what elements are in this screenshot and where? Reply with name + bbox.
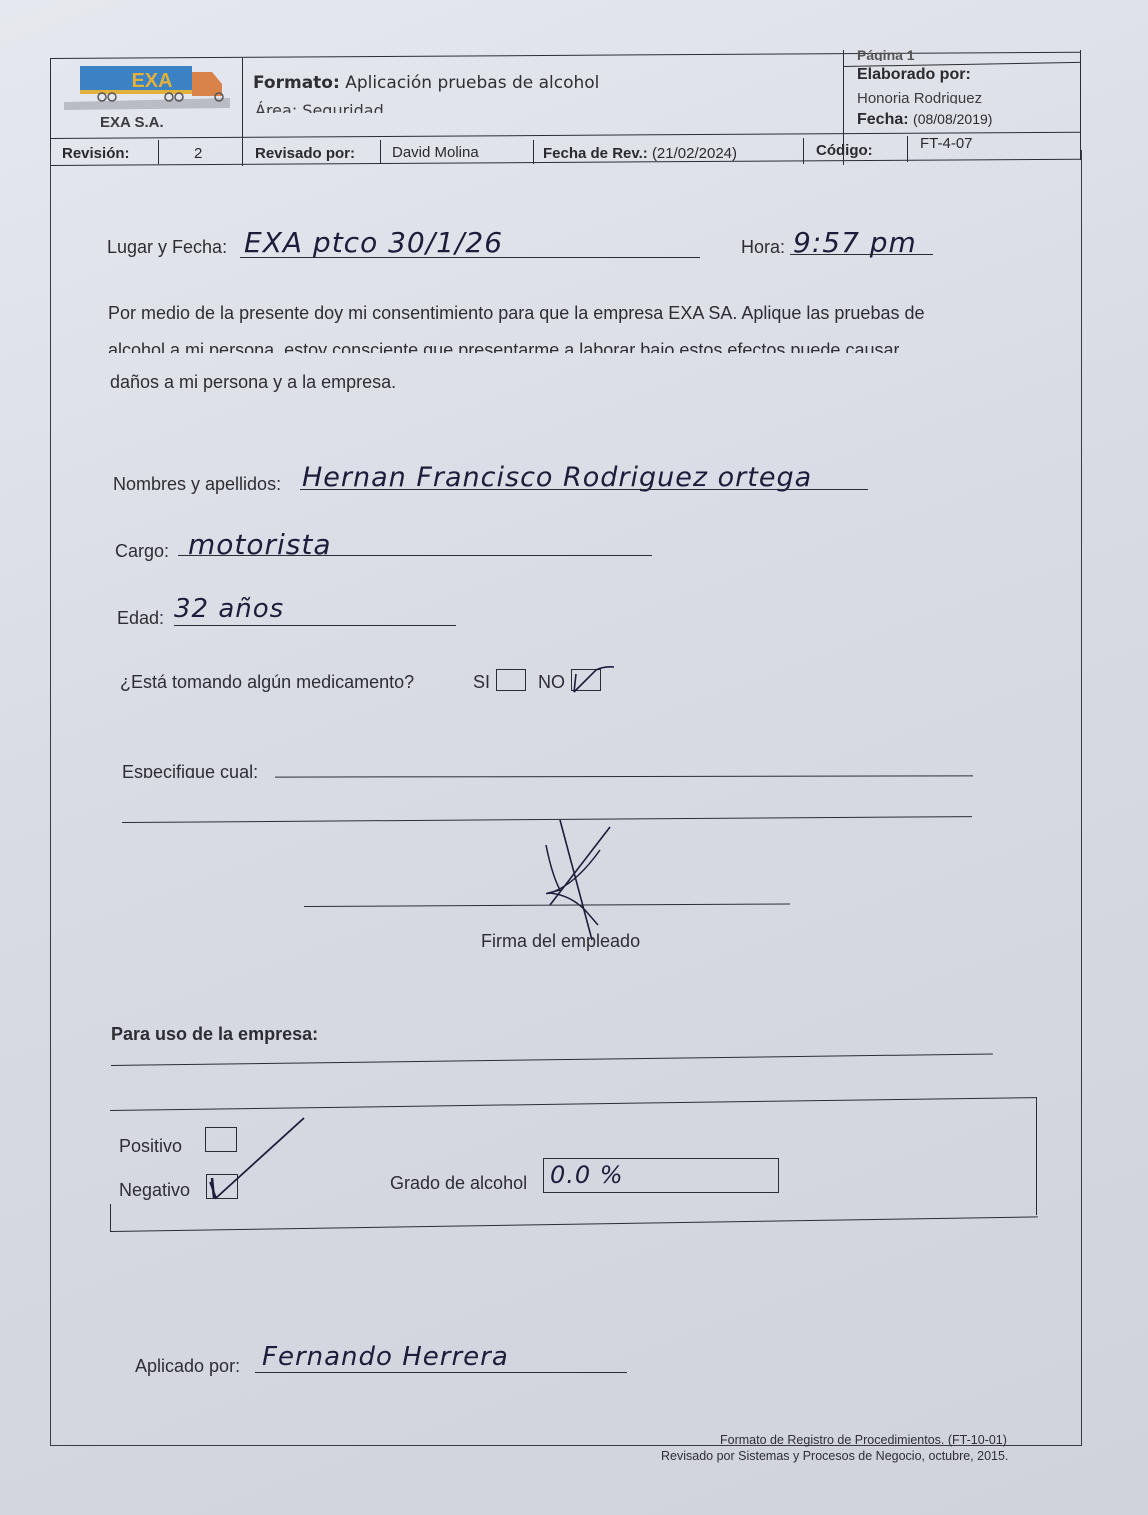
consent-line-2: alcohol a mi persona, estoy consciente q… xyxy=(108,340,899,353)
aplicado-value[interactable]: Fernando Herrera xyxy=(262,1342,509,1372)
fecha-label: Fecha: xyxy=(857,111,909,128)
company-name: EXA S.A. xyxy=(100,114,164,131)
medicamento-label: ¿Está tomando algún medicamento? xyxy=(120,672,414,693)
company-logo: EXA xyxy=(64,62,230,110)
fecha-value: (08/08/2019) xyxy=(913,111,992,127)
elaborado-label: Elaborado por: xyxy=(857,66,971,84)
nombres-label: Nombres y apellidos: xyxy=(113,474,281,495)
form-title: Formato: Aplicación pruebas de alcohol xyxy=(253,73,599,93)
si-label: SI xyxy=(473,672,490,693)
area-label: Área: Seguridad xyxy=(255,101,384,113)
truck-logo-icon: EXA xyxy=(64,62,230,110)
company-use-title: Para uso de la empresa: xyxy=(111,1024,318,1045)
lugar-fecha-label: Lugar y Fecha: xyxy=(107,237,227,258)
footer-line-2: Revisado por Sistemas y Procesos de Nego… xyxy=(661,1449,1008,1463)
positivo-label: Positivo xyxy=(119,1136,182,1157)
lugar-fecha-value[interactable]: EXA ptco 30/1/26 xyxy=(244,226,503,259)
si-checkbox[interactable] xyxy=(496,669,526,691)
fecha-elaboracion: Fecha: (08/08/2019) xyxy=(857,111,992,129)
edad-value[interactable]: 32 años xyxy=(174,594,284,624)
footer-line-1: Formato de Registro de Procedimientos. (… xyxy=(720,1433,1007,1447)
formato-label: Formato: xyxy=(253,73,340,93)
negativo-check-mark-icon xyxy=(204,1112,314,1204)
formato-value: Aplicación pruebas de alcohol xyxy=(345,73,599,93)
cargo-label: Cargo: xyxy=(115,541,169,562)
firma-label: Firma del empleado xyxy=(481,931,640,952)
no-label: NO xyxy=(538,672,565,693)
aplicado-label: Aplicado por: xyxy=(135,1356,240,1377)
consent-line-3: daños a mi persona y a la empresa. xyxy=(110,372,396,393)
edad-label: Edad: xyxy=(117,608,164,629)
grado-input[interactable]: 0.0 % xyxy=(543,1158,779,1193)
page-number: Página 1 xyxy=(857,47,915,61)
svg-text:EXA: EXA xyxy=(131,70,172,92)
grado-value: 0.0 % xyxy=(550,1161,624,1189)
hora-label: Hora: xyxy=(741,237,785,258)
grado-label: Grado de alcohol xyxy=(390,1173,527,1194)
elaborado-value: Honoria Rodriguez xyxy=(857,90,982,104)
no-checkbox[interactable] xyxy=(571,669,601,691)
especifique-label: Especifique cual: xyxy=(122,762,258,778)
cargo-value[interactable]: motorista xyxy=(188,528,332,561)
check-mark-icon xyxy=(570,664,618,694)
consent-line-1: Por medio de la presente doy mi consenti… xyxy=(108,303,925,324)
negativo-label: Negativo xyxy=(119,1180,190,1201)
